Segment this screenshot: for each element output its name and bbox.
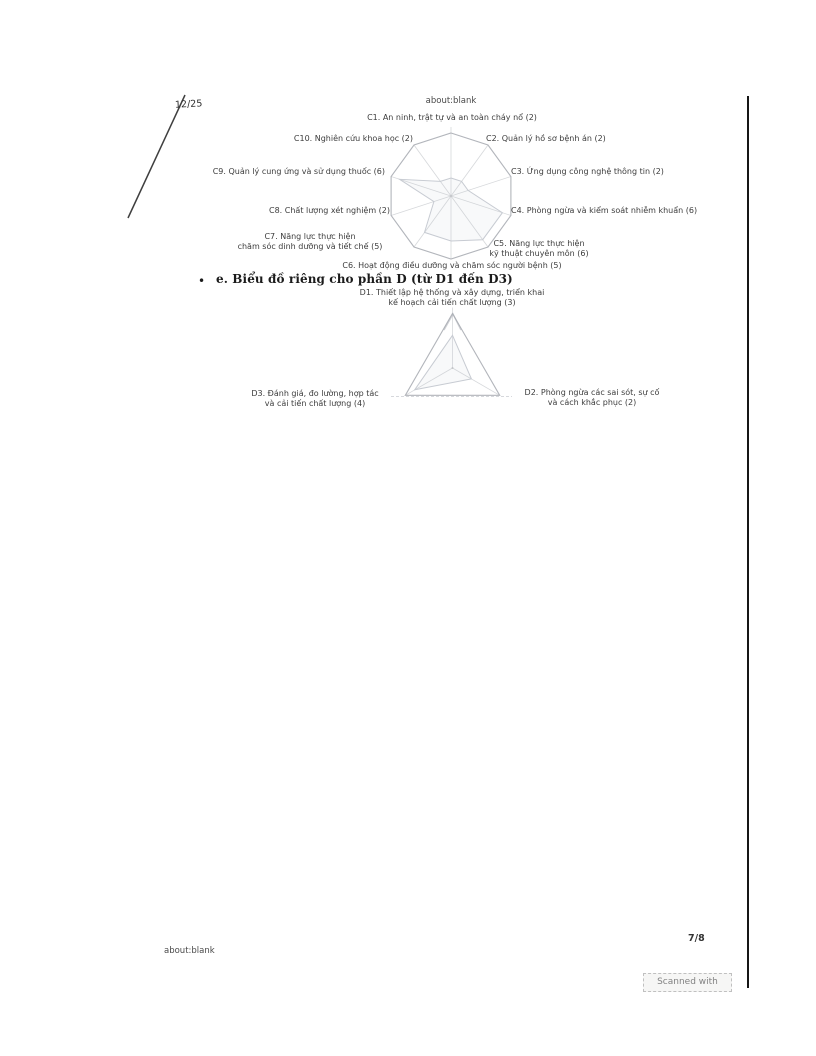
radar-center-dot bbox=[452, 367, 454, 369]
radar-label-c5: C5. Năng lực thực hiện kỹ thuật chuyên m… bbox=[476, 239, 602, 259]
section-heading: e. Biểu đồ riêng cho phần D (từ D1 đến D… bbox=[216, 272, 513, 286]
radar-data-polygon bbox=[400, 178, 503, 241]
radar-label-c2: C2. Quản lý hồ sơ bệnh án (2) bbox=[486, 134, 706, 144]
scan-graphics-layer bbox=[0, 0, 816, 1056]
radar-label-c3: C3. Ứng dụng công nghệ thông tin (2) bbox=[511, 167, 731, 177]
radar-label-d2: D2. Phòng ngừa các sai sót, sự cố và các… bbox=[507, 388, 677, 408]
print-footer-url: about:blank bbox=[164, 946, 215, 956]
radar-label-c1: C1. An ninh, trật tự và an toàn cháy nổ … bbox=[342, 113, 562, 123]
radar-label-c9: C9. Quản lý cung ứng và sử dụng thuốc (6… bbox=[200, 167, 385, 177]
page-number: 7/8 bbox=[688, 933, 728, 944]
scanned-with-badge[interactable]: Scanned with bbox=[643, 973, 732, 992]
radar-label-c6: C6. Hoạt động điều dưỡng và chăm sóc ngư… bbox=[322, 261, 582, 271]
radar-center-dot bbox=[450, 195, 452, 197]
list-bullet: • bbox=[198, 274, 205, 288]
radar-chart-d1-d3 bbox=[405, 308, 499, 396]
radar-label-c4: C4. Phòng ngừa và kiểm soát nhiễm khuẩn … bbox=[511, 206, 746, 216]
handwritten-slash-mark bbox=[128, 95, 185, 218]
scanned-document-page: about:blank 12/25 C1. An ninh, trật tự v… bbox=[0, 0, 816, 1056]
handwritten-page-mark: 12/25 bbox=[175, 98, 203, 110]
print-header-url: about:blank bbox=[395, 96, 507, 106]
radar-label-d3: D3. Đánh giá, đo lường, hợp tác và cải t… bbox=[243, 389, 387, 409]
radar-label-d1: D1. Thiết lập hệ thống và xây dựng, triể… bbox=[332, 288, 572, 308]
radar-data-polygon bbox=[415, 335, 472, 390]
radar-label-c7: C7. Năng lực thực hiện chăm sóc dinh dưỡ… bbox=[230, 232, 390, 252]
radar-label-c8: C8. Chất lượng xét nghiệm (2) bbox=[240, 206, 390, 216]
radar-label-c10: C10. Nghiên cứu khoa học (2) bbox=[250, 134, 413, 144]
